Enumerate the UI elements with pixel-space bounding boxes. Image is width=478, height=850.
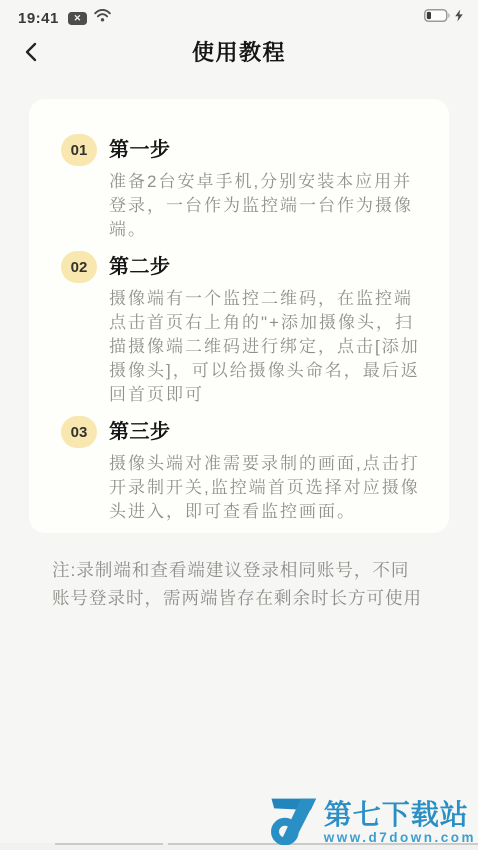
step-2: 02 第二步 摄像端有一个监控二维码，在监控端点击首页右上角的"+添加摄像头，扫… (61, 251, 421, 407)
page-title: 使用教程 (0, 36, 478, 67)
watermark-site-name: 第七下载站 (324, 800, 469, 830)
header: 使用教程 (0, 34, 478, 70)
step-2-title: 第二步 (109, 251, 421, 283)
d7down-logo-icon (265, 795, 319, 850)
step-2-badge: 02 (61, 251, 97, 283)
step-1-badge: 01 (61, 134, 97, 166)
no-sim-icon: ✕ (68, 12, 87, 25)
tutorial-card: 01 第一步 准备2台安卓手机,分别安装本应用并登录，一台作为监控端一台作为摄像… (29, 99, 449, 533)
step-3-title: 第三步 (109, 416, 421, 448)
battery-icon (424, 9, 451, 27)
watermark-url: www.d7down.com (324, 830, 476, 845)
step-3-body: 摄像头端对准需要录制的画面,点击打开录制开关,监控端首页选择对应摄像头进入，即可… (109, 452, 429, 524)
account-note: 注:录制端和查看端建议登录相同账号，不同账号登录时，需两端皆存在剩余时长方可使用 (52, 556, 426, 612)
charging-bolt-icon (454, 9, 464, 27)
step-1-title: 第一步 (109, 134, 421, 166)
step-3: 03 第三步 摄像头端对准需要录制的画面,点击打开录制开关,监控端首页选择对应摄… (61, 416, 421, 524)
bottom-divider-segment (55, 843, 163, 845)
step-1-body: 准备2台安卓手机,分别安装本应用并登录，一台作为监控端一台作为摄像端。 (109, 170, 429, 242)
wifi-icon (94, 9, 111, 27)
step-3-badge: 03 (61, 416, 97, 448)
status-bar: 19:41 ✕ (0, 0, 478, 30)
step-2-body: 摄像端有一个监控二维码，在监控端点击首页右上角的"+添加摄像头，扫描摄像端二维码… (109, 287, 429, 407)
site-watermark: 第七下载站 www.d7down.com (265, 795, 476, 850)
step-1: 01 第一步 准备2台安卓手机,分别安装本应用并登录，一台作为监控端一台作为摄像… (61, 134, 421, 242)
clock: 19:41 (18, 10, 59, 27)
